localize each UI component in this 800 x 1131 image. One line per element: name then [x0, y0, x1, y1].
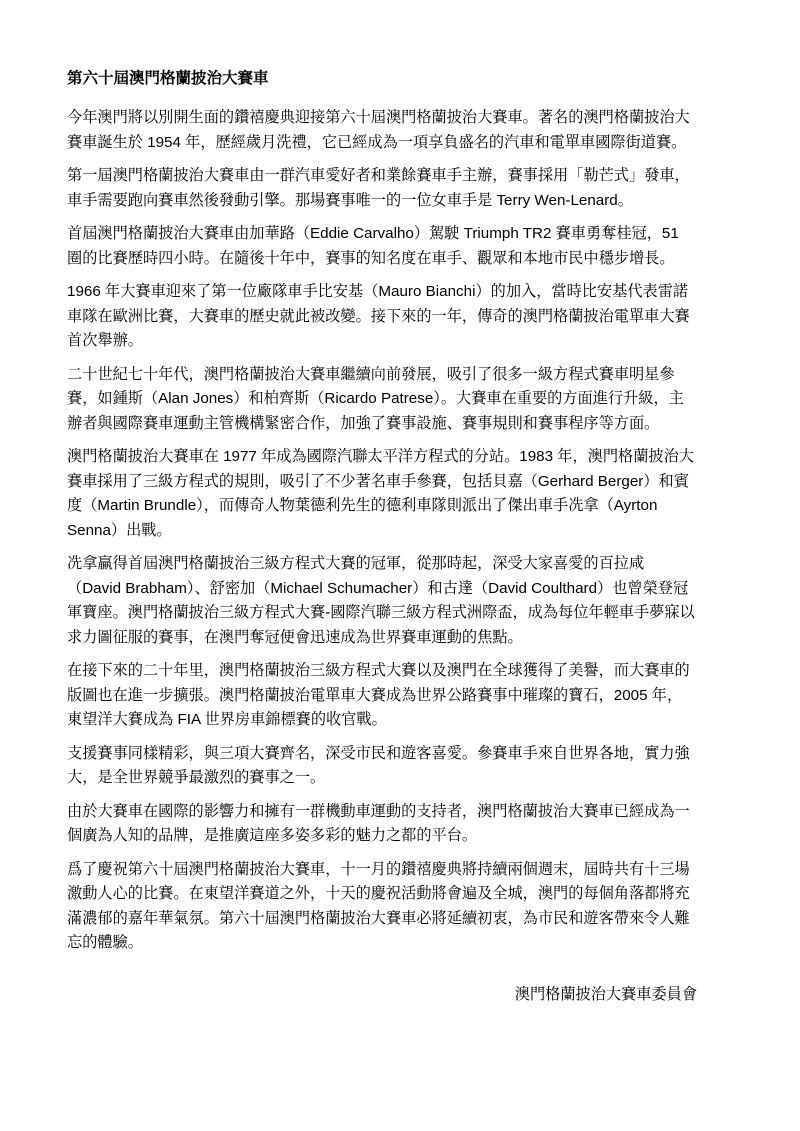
paragraph-expansion: 在接下來的二十年里，澳門格蘭披治三級方程式大賽以及澳門在全球獲得了美譽，而大賽車… — [67, 659, 697, 733]
paragraph-brand: 由於大賽車在國際的影響力和擁有一群機動車運動的支持者，澳門格蘭披治大賽車已經成為… — [67, 800, 697, 849]
paragraph-first-winner: 首屆澳門格蘭披治大賽車由加華路（Eddie Carvalho）駕駛 Triump… — [67, 222, 697, 271]
paragraph-celebration: 爲了慶祝第六十屆澳門格蘭披治大賽車，十一月的鑽禧慶典將持續兩個週末，屆時共有十三… — [67, 858, 697, 956]
signature-committee: 澳門格蘭披治大賽車委員會 — [67, 983, 697, 1008]
paragraph-1966: 1966 年大賽車迎來了第一位廠隊車手比安基（Mauro Bianchi）的加入… — [67, 280, 697, 354]
paragraph-first-race: 第一屆澳門格蘭披治大賽車由一群汽車愛好者和業餘賽車手主辦，賽事採用「勒芒式」發車… — [67, 164, 697, 213]
document-page: 第六十屆澳門格蘭披治大賽車 今年澳門將以別開生面的鑽禧慶典迎接第六十屆澳門格蘭披… — [0, 0, 800, 1131]
paragraph-1970s: 二十世紀七十年代，澳門格蘭披治大賽車繼續向前發展，吸引了很多一級方程式賽車明星參… — [67, 363, 697, 437]
document-title: 第六十屆澳門格蘭披治大賽車 — [67, 67, 697, 92]
paragraph-intro: 今年澳門將以別開生面的鑽禧慶典迎接第六十屆澳門格蘭披治大賽車。著名的澳門格蘭披治… — [67, 106, 697, 155]
paragraph-support-races: 支援賽事同樣精彩，與三項大賽齊名，深受市民和遊客喜愛。參賽車手來自世界各地，實力… — [67, 742, 697, 791]
paragraph-senna-champions: 冼拿贏得首屆澳門格蘭披治三級方程式大賽的冠軍，從那時起，深受大家喜愛的百拉咸（D… — [67, 552, 697, 650]
paragraph-formula3: 澳門格蘭披治大賽車在 1977 年成為國際汽聯太平洋方程式的分站。1983 年，… — [67, 445, 697, 543]
